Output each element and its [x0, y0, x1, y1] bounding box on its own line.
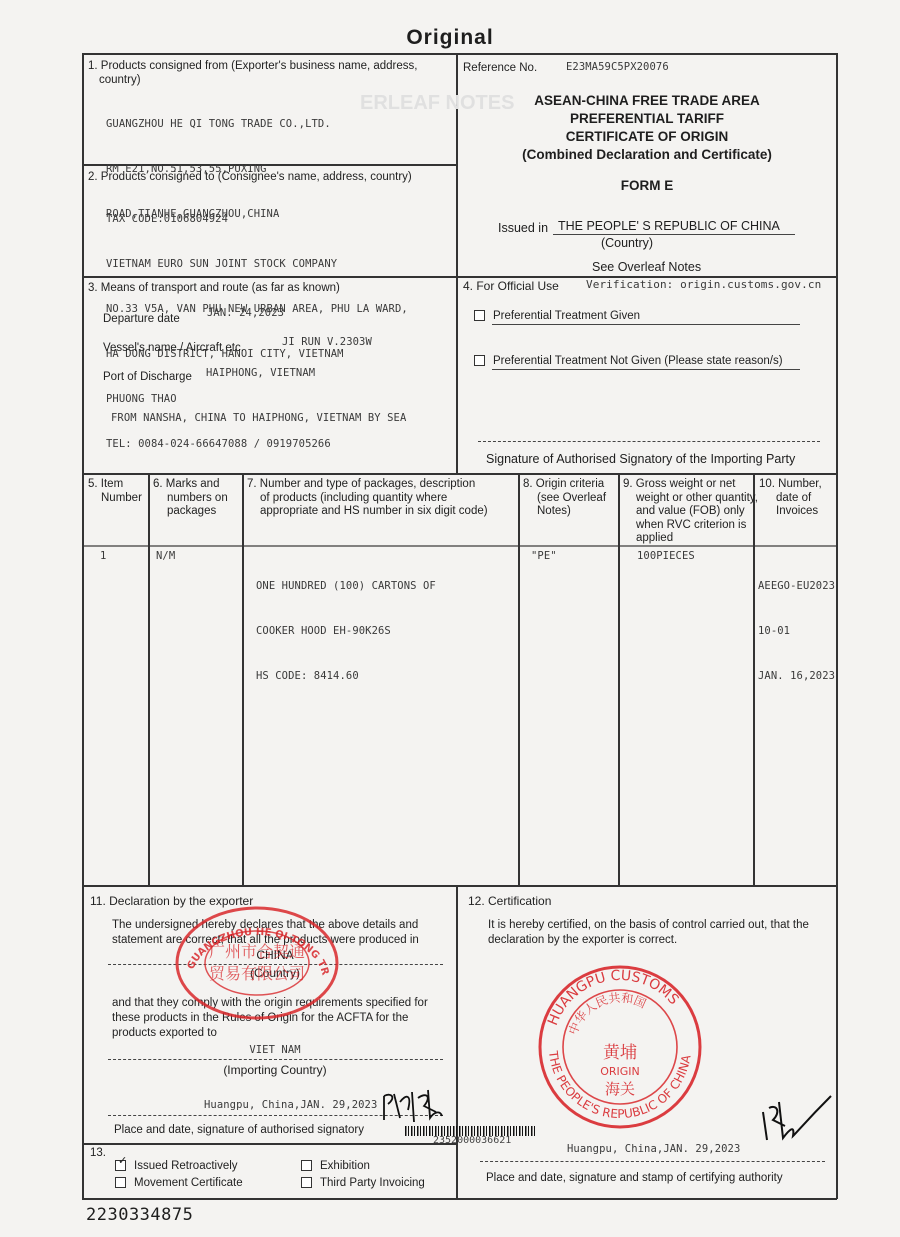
exporter-signature-caption: Place and date, signature of authorised …: [114, 1124, 364, 1138]
header-text: numbers on: [153, 492, 228, 506]
certification-text: It is hereby certified, on the basis of …: [488, 918, 809, 948]
invoice-line: AEEGO-EU2023: [758, 579, 835, 594]
route-description: FROM NANSHA, CHINA TO HAIPHONG, VIETNAM …: [111, 411, 406, 426]
header-text: applied: [623, 532, 758, 546]
form-title-line1: ASEAN-CHINA FREE TRADE AREA: [457, 92, 837, 110]
description-line: COOKER HOOD EH-90K26S: [256, 624, 436, 639]
port-of-discharge-label: Port of Discharge: [103, 371, 192, 385]
form-title: ASEAN-CHINA FREE TRADE AREA PREFERENTIAL…: [457, 92, 837, 164]
certifier-signature: [755, 1090, 835, 1150]
certification-line: declaration by the exporter is correct.: [488, 933, 809, 948]
svg-text:ORIGIN: ORIGIN: [600, 1065, 640, 1078]
col-header-origin-criteria: 8. Origin criteria (see Overleaf Notes): [523, 478, 606, 519]
form-title-line2: PREFERENTIAL TARIFF: [457, 110, 837, 128]
svg-text:贸易有限公司: 贸易有限公司: [209, 964, 305, 983]
consignee-line: TEL: 0084-024-66647088 / 0919705266: [106, 437, 408, 452]
header-text: packages: [153, 505, 228, 519]
header-text: 6. Marks and: [153, 478, 228, 492]
quantity-value: 100PIECES: [637, 549, 695, 564]
declaration-line: products exported to: [112, 1026, 428, 1041]
form-e-label: FORM E: [457, 178, 837, 193]
exporter-place-date: Huangpu, China,JAN. 29,2023: [204, 1098, 377, 1113]
option-label: Issued Retroactively: [134, 1160, 238, 1172]
importing-country-caption: (Importing Country): [105, 1063, 445, 1077]
box12-label: 12. Certification: [468, 895, 551, 909]
invoice-line: 10-01: [758, 624, 835, 639]
check-mark-icon: ✓: [118, 1155, 127, 1169]
departure-date-label: Departure date: [103, 313, 180, 327]
invoice-value: AEEGO-EU2023 10-01 JAN. 16,2023: [758, 549, 835, 714]
box1-label-line1: 1. Products consigned from (Exporter's b…: [88, 60, 453, 74]
consignee-line: PHUONG THAO: [106, 392, 408, 407]
reference-number: E23MA59C5PX20076: [566, 60, 669, 75]
reference-label: Reference No.: [463, 62, 537, 76]
col-header-weight: 9. Gross weight or net weight or other q…: [623, 478, 758, 546]
movement-certificate-checkbox[interactable]: [115, 1177, 126, 1188]
third-party-invoicing-checkbox[interactable]: [301, 1177, 312, 1188]
header-text: Invoices: [759, 505, 822, 519]
marks-value: N/M: [156, 549, 175, 564]
exporter-company-stamp: GUANGZHOU HE QI TONG TRADE CO.,LTD. 广州市合…: [172, 903, 342, 1023]
origin-criteria-value: "PE": [531, 549, 557, 564]
exporter-signature: [378, 1082, 448, 1127]
svg-text:广州市合契通: 广州市合契通: [209, 942, 305, 961]
header-text: of products (including quantity where: [247, 492, 488, 506]
preferential-given-checkbox[interactable]: [474, 310, 485, 321]
header-text: when RVC criterion is: [623, 519, 758, 533]
option-label: Third Party Invoicing: [320, 1177, 425, 1189]
exporter-line: GUANGZHOU HE QI TONG TRADE CO.,LTD.: [106, 117, 331, 132]
option-label: Exhibition: [320, 1160, 370, 1172]
serial-number: 2230334875: [86, 1205, 193, 1225]
preferential-given-option[interactable]: Preferential Treatment Given: [474, 310, 640, 324]
issued-retroactively-checkbox[interactable]: ✓: [115, 1160, 126, 1171]
consignee-line: VIETNAM EURO SUN JOINT STOCK COMPANY: [106, 257, 408, 272]
option-label: Movement Certificate: [134, 1177, 243, 1189]
header-text: appropriate and HS number in six digit c…: [247, 505, 488, 519]
option-issued-retroactively[interactable]: ✓Issued Retroactively: [115, 1160, 238, 1174]
option-third-party-invoicing[interactable]: Third Party Invoicing: [301, 1177, 425, 1191]
preferential-not-given-option[interactable]: Preferential Treatment Not Given (Please…: [474, 355, 783, 369]
country-caption: (Country): [553, 236, 701, 250]
issued-in-label: Issued in: [498, 221, 548, 235]
svg-text:黄埔: 黄埔: [603, 1043, 637, 1063]
box1-label-line2: country): [88, 74, 453, 88]
certification-line: It is hereby certified, on the basis of …: [488, 918, 809, 933]
option-movement-certificate[interactable]: Movement Certificate: [115, 1177, 243, 1191]
exhibition-checkbox[interactable]: [301, 1160, 312, 1171]
port-of-discharge-value: HAIPHONG, VIETNAM: [206, 366, 315, 381]
invoice-line: JAN. 16,2023: [758, 669, 835, 684]
col-header-item-number: 5. Item Number: [88, 478, 142, 505]
importing-country: VIET NAM: [105, 1043, 445, 1058]
header-text: Number: [88, 492, 142, 506]
box13-label: 13.: [90, 1147, 106, 1161]
vessel-label: Vessel's name / Aircraft etc.: [103, 342, 244, 356]
description-value: ONE HUNDRED (100) CARTONS OF COOKER HOOD…: [256, 549, 436, 714]
col-header-invoices: 10. Number, date of Invoices: [759, 478, 822, 519]
preferential-given-label: Preferential Treatment Given: [493, 310, 640, 322]
option-exhibition[interactable]: Exhibition: [301, 1160, 370, 1174]
header-text: 5. Item: [88, 478, 142, 492]
header-text: 9. Gross weight or net: [623, 478, 758, 492]
preferential-not-given-label: Preferential Treatment Not Given (Please…: [493, 355, 783, 367]
box4-label: 4. For Official Use: [463, 280, 559, 294]
importing-party-signature-caption: Signature of Authorised Signatory of the…: [486, 452, 795, 466]
see-overleaf-notes: See Overleaf Notes: [592, 260, 701, 274]
issued-in-value: THE PEOPLE' S REPUBLIC OF CHINA: [558, 219, 780, 233]
vessel-value: JI RUN V.2303W: [282, 335, 372, 350]
box3-label: 3. Means of transport and route (as far …: [88, 282, 340, 296]
header-text: (see Overleaf: [523, 492, 606, 506]
barcode-number: 2352000036621: [433, 1135, 511, 1146]
col-header-description: 7. Number and type of packages, descript…: [247, 478, 488, 519]
document-title: Original: [0, 26, 900, 50]
description-line: HS CODE: 8414.60: [256, 669, 436, 684]
customs-stamp: HUANGPU CUSTOMS THE PEOPLE'S REPUBLIC OF…: [535, 962, 705, 1132]
form-title-line4: (Combined Declaration and Certificate): [457, 146, 837, 164]
svg-text:海关: 海关: [605, 1080, 635, 1098]
header-text: Notes): [523, 505, 606, 519]
verification-url: Verification: origin.customs.gov.cn: [586, 277, 821, 292]
box1-label: 1. Products consigned from (Exporter's b…: [88, 60, 453, 87]
description-line: ONE HUNDRED (100) CARTONS OF: [256, 579, 436, 594]
preferential-not-given-checkbox[interactable]: [474, 355, 485, 366]
certifier-place-date: Huangpu, China,JAN. 29,2023: [567, 1142, 740, 1157]
header-text: 10. Number,: [759, 478, 822, 492]
departure-date-value: JAN. 24,2023: [207, 306, 284, 321]
col-header-marks: 6. Marks and numbers on packages: [153, 478, 228, 519]
consignee-line: TAX CODE:0106804924: [106, 212, 408, 227]
form-title-line3: CERTIFICATE OF ORIGIN: [457, 128, 837, 146]
header-text: date of: [759, 492, 822, 506]
header-text: 7. Number and type of packages, descript…: [247, 478, 488, 492]
certifier-signature-caption: Place and date, signature and stamp of c…: [486, 1172, 783, 1186]
header-text: 8. Origin criteria: [523, 478, 606, 492]
header-text: weight or other quantity,: [623, 492, 758, 506]
header-text: and value (FOB) only: [623, 505, 758, 519]
item-number: 1: [100, 549, 106, 564]
